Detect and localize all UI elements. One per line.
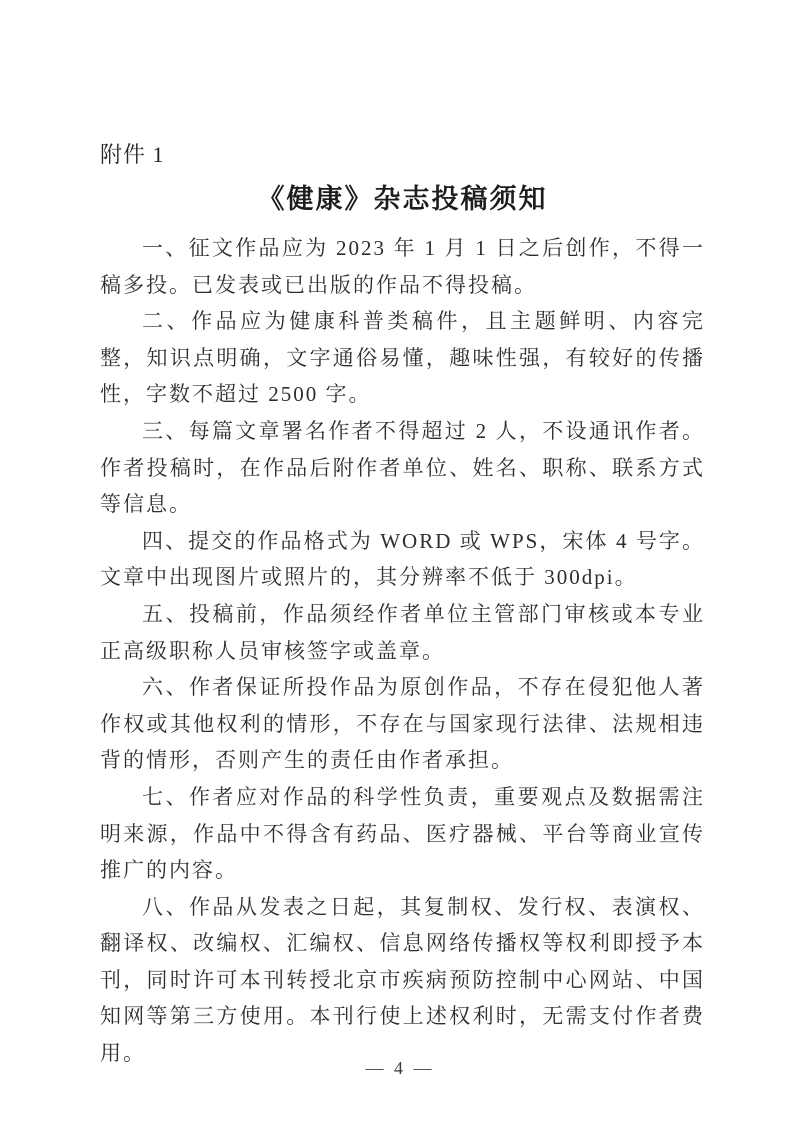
- document-page: 附件 1 《健康》杂志投稿须知 一、征文作品应为 2023 年 1 月 1 日之…: [0, 0, 800, 1130]
- paragraph-4: 四、提交的作品格式为 WORD 或 WPS，宋体 4 号字。文章中出现图片或照片…: [100, 523, 705, 596]
- document-content: 附件 1 《健康》杂志投稿须知 一、征文作品应为 2023 年 1 月 1 日之…: [100, 140, 705, 1072]
- paragraph-6: 六、作者保证所投作品为原创作品，不存在侵犯他人著作权或其他权利的情形，不存在与国…: [100, 669, 705, 779]
- paragraph-7: 七、作者应对作品的科学性负责，重要观点及数据需注明来源，作品中不得含有药品、医疗…: [100, 779, 705, 889]
- document-body: 一、征文作品应为 2023 年 1 月 1 日之后创作，不得一稿多投。已发表或已…: [100, 230, 705, 1072]
- page-number: — 4 —: [0, 1058, 800, 1079]
- paragraph-5: 五、投稿前，作品须经作者单位主管部门审核或本专业正高级职称人员审核签字或盖章。: [100, 596, 705, 669]
- paragraph-3: 三、每篇文章署名作者不得超过 2 人，不设通讯作者。作者投稿时，在作品后附作者单…: [100, 413, 705, 523]
- page-title: 《健康》杂志投稿须知: [100, 180, 705, 218]
- paragraph-8: 八、作品从发表之日起，其复制权、发行权、表演权、翻译权、改编权、汇编权、信息网络…: [100, 889, 705, 1072]
- attachment-label: 附件 1: [100, 140, 705, 170]
- paragraph-2: 二、作品应为健康科普类稿件，且主题鲜明、内容完整，知识点明确，文字通俗易懂，趣味…: [100, 303, 705, 413]
- paragraph-1: 一、征文作品应为 2023 年 1 月 1 日之后创作，不得一稿多投。已发表或已…: [100, 230, 705, 303]
